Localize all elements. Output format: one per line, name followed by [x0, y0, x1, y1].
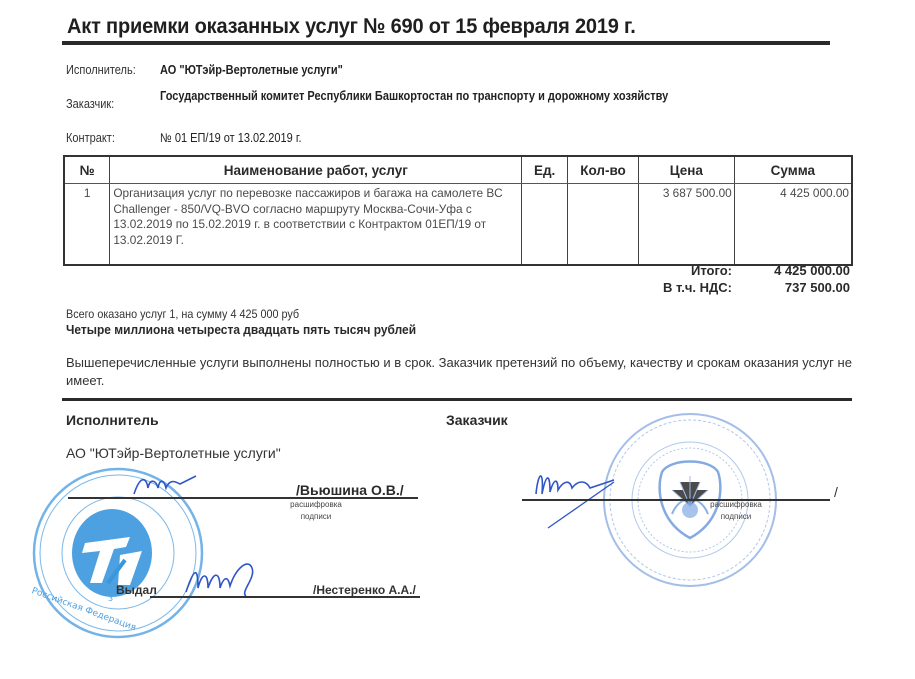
cell-qty: [568, 184, 639, 266]
customer-signature-line: [522, 499, 830, 501]
executor-decode-caption-1: расшифровка: [288, 500, 344, 509]
executor-decode-caption-2: подписи: [288, 512, 344, 521]
col-header-num: №: [64, 156, 110, 184]
col-header-name: Наименование работ, услуг: [110, 156, 522, 184]
cell-price: 3 687 500.00: [638, 184, 734, 266]
cell-unit: [522, 184, 568, 266]
col-header-price: Цена: [638, 156, 734, 184]
customer-signer-end-slash: /: [834, 484, 838, 500]
customer-heading: Заказчик: [446, 412, 508, 428]
executor-value: АО "ЮТэйр-Вертолетные услуги": [160, 63, 343, 77]
issuer-name: /Нестеренко А.А./: [313, 583, 416, 597]
table-row: 1 Организация услуг по перевозке пассажи…: [64, 184, 852, 266]
services-table: № Наименование работ, услуг Ед. Кол-во Ц…: [63, 155, 853, 266]
vat-value: 737 500.00: [730, 280, 850, 295]
cell-sum: 4 425 000.00: [734, 184, 852, 266]
title-underline: [62, 41, 830, 45]
executor-label: Исполнитель:: [66, 63, 136, 77]
col-header-unit: Ед.: [522, 156, 568, 184]
contract-value: № 01 ЕП/19 от 13.02.2019 г.: [160, 131, 302, 145]
vat-label: В т.ч. НДС:: [592, 280, 732, 295]
issued-label: Выдал: [116, 583, 157, 597]
table-header-row: № Наименование работ, услуг Ед. Кол-во Ц…: [64, 156, 852, 184]
acceptance-statement: Вышеперечисленные услуги выполнены полно…: [66, 354, 856, 390]
executor-org-name: АО "ЮТэйр-Вертолетные услуги": [66, 445, 281, 461]
customer-signature-icon: [518, 458, 628, 528]
customer-label: Заказчик:: [66, 97, 114, 111]
executor-signature-icon: [130, 470, 200, 500]
customer-decode-caption-2: подписи: [706, 512, 766, 521]
services-count-line: Всего оказано услуг 1, на сумму 4 425 00…: [66, 307, 299, 321]
document-title: Акт приемки оказанных услуг № 690 от 15 …: [67, 14, 636, 39]
executor-signer-name: /Вьюшина О.В./: [296, 482, 404, 498]
svg-text:3: 3: [108, 594, 113, 603]
cell-num: 1: [64, 184, 110, 266]
amount-in-words: Четыре миллиона четыреста двадцать пять …: [66, 322, 416, 337]
col-header-sum: Сумма: [734, 156, 852, 184]
col-header-qty: Кол-во: [568, 156, 639, 184]
customer-value: Государственный комитет Республики Башко…: [160, 89, 668, 103]
contract-label: Контракт:: [66, 131, 115, 145]
cell-description: Организация услуг по перевозке пассажиро…: [110, 184, 522, 266]
section-divider: [62, 398, 852, 401]
executor-heading: Исполнитель: [66, 412, 159, 428]
issuer-signature-icon: [180, 558, 270, 598]
customer-decode-caption-1: расшифровка: [706, 500, 766, 509]
total-label: Итого:: [592, 263, 732, 278]
total-value: 4 425 000.00: [730, 263, 850, 278]
